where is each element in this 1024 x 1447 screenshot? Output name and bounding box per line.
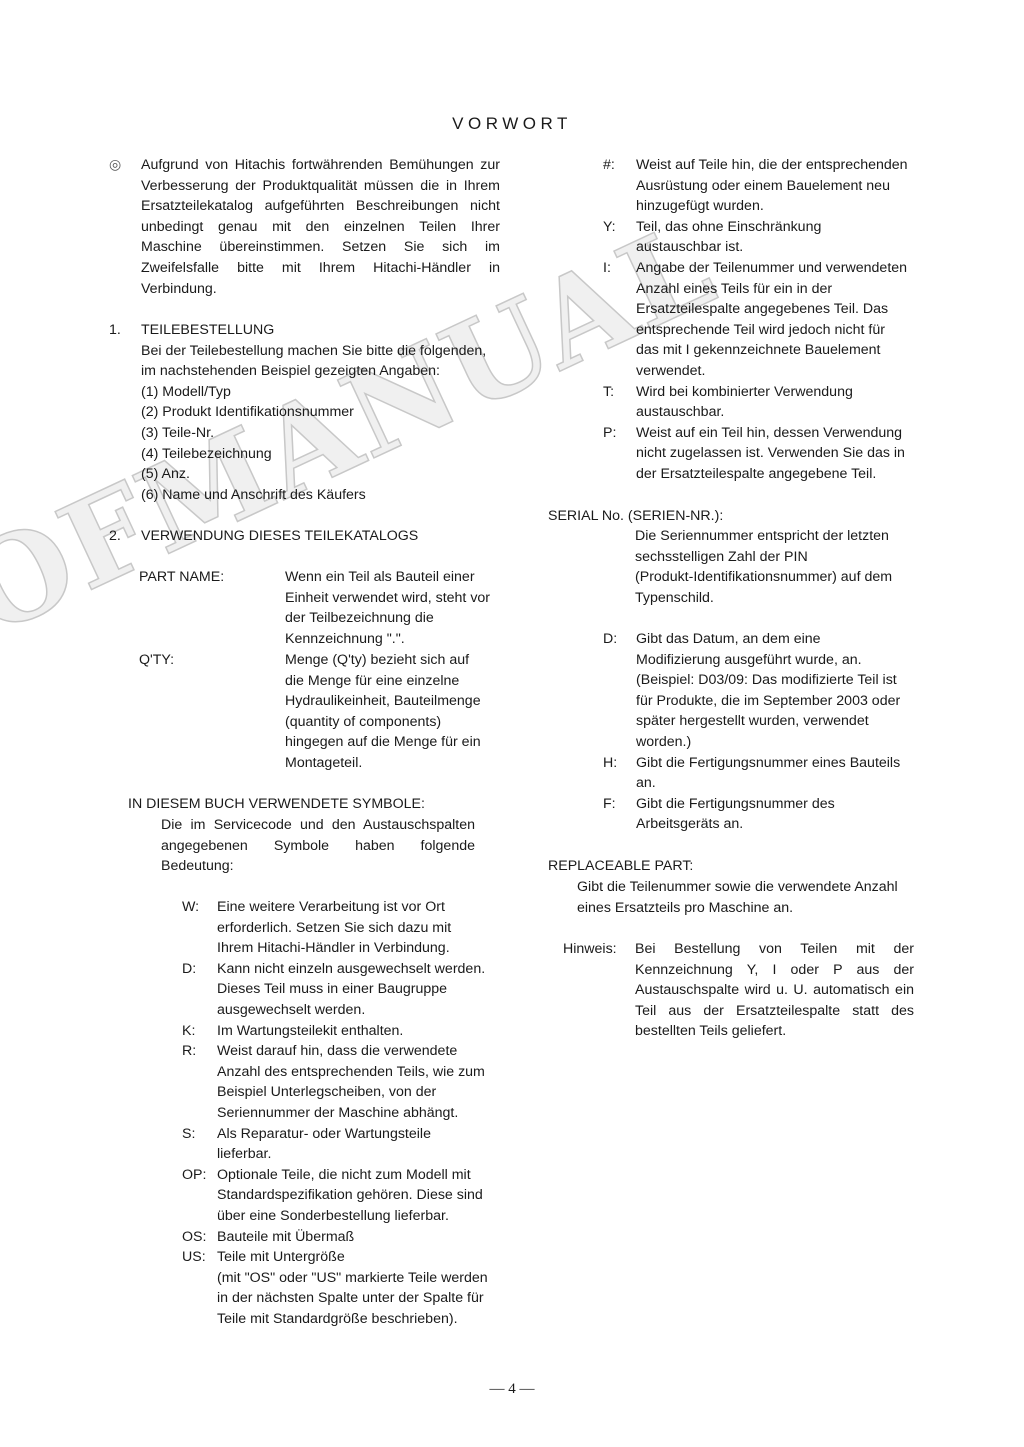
symbol-description: Als Reparatur- oder Wartungsteilelieferb… bbox=[217, 1124, 431, 1165]
text-line: sechsstelligen Zahl der PIN bbox=[635, 547, 925, 568]
text-line: Wenn ein Teil als Bauteil einer bbox=[285, 567, 515, 588]
text-line: Gibt die Teilenummer sowie die verwendet… bbox=[577, 877, 927, 898]
page-title: VORWORT bbox=[0, 113, 1024, 135]
symbol-key: I: bbox=[603, 258, 636, 382]
text-line: hingegen auf die Menge für ein bbox=[285, 732, 515, 753]
text-line: Typenschild. bbox=[635, 588, 925, 609]
symbol-description: Bauteile mit Übermaß bbox=[217, 1227, 354, 1248]
symbol-item: R:Weist darauf hin, dass die verwendeteA… bbox=[182, 1041, 512, 1123]
symbol-item: S:Als Reparatur- oder Wartungsteileliefe… bbox=[182, 1124, 512, 1165]
text-line: angegebenen Symbole haben folgende bbox=[161, 836, 475, 857]
symbol-description: Weist auf Teile hin, die der entsprechen… bbox=[636, 155, 908, 217]
text-line: Bei der Teilebestellung machen Sie bitte… bbox=[141, 341, 511, 362]
symbol-description: Teile mit Untergröße(mit "OS" oder "US" … bbox=[217, 1247, 488, 1329]
serial-heading: SERIAL No. (SERIEN-NR.): bbox=[548, 506, 723, 527]
part-name-description: Wenn ein Teil als Bauteil einerEinheit v… bbox=[285, 567, 515, 649]
order-item: (1) Modell/Typ bbox=[141, 382, 511, 403]
text-line: Verbindung. bbox=[141, 279, 500, 300]
symbol-key: D: bbox=[603, 629, 636, 753]
text-line: Die Seriennummer entspricht der letzten bbox=[635, 526, 925, 547]
symbol-description: Wird bei kombinierter Verwendungaustausc… bbox=[636, 382, 853, 423]
serial-description: Die Seriennummer entspricht der letztens… bbox=[635, 526, 925, 608]
symbol-key: T: bbox=[603, 382, 636, 423]
symbol-item: #:Weist auf Teile hin, die der entsprech… bbox=[603, 155, 933, 217]
symbol-key: Y: bbox=[603, 217, 636, 258]
symbol-key: H: bbox=[603, 753, 636, 794]
symbol-description: Im Wartungsteilekit enthalten. bbox=[217, 1021, 403, 1042]
symbol-item: OS:Bauteile mit Übermaß bbox=[182, 1227, 512, 1248]
order-item: (3) Teile-Nr. bbox=[141, 423, 511, 444]
section1-heading: TEILEBESTELLUNG bbox=[141, 320, 511, 341]
order-item: (4) Teilebezeichnung bbox=[141, 444, 511, 465]
serial-list: D:Gibt das Datum, an dem eineModifizieru… bbox=[603, 629, 933, 835]
order-item: (6) Name und Anschrift des Käufers bbox=[141, 485, 511, 506]
text-line: unbedingt genau mit den einzelnen Teilen… bbox=[141, 217, 500, 238]
note-text: Bei Bestellung von Teilen mit derKennzei… bbox=[635, 939, 914, 1042]
text-line: Ersatzteilekatalog aufgeführten Beschrei… bbox=[141, 196, 500, 217]
symbol-description: Weist darauf hin, dass die verwendeteAnz… bbox=[217, 1041, 485, 1123]
symbol-description: Kann nicht einzeln ausgewechselt werden.… bbox=[217, 959, 485, 1021]
intro-paragraph: Aufgrund von Hitachis fortwährenden Bemü… bbox=[141, 155, 500, 299]
text-line: Maschine übereinstimmen. Setzen Sie sich… bbox=[141, 237, 500, 258]
symbol-item: D:Kann nicht einzeln ausgewechselt werde… bbox=[182, 959, 512, 1021]
symbol-item: I:Angabe der Teilenummer und verwendeten… bbox=[603, 258, 933, 382]
text-line: Die im Servicecode und den Austauschspal… bbox=[161, 815, 475, 836]
symbol-key: D: bbox=[182, 959, 217, 1021]
symbol-description: Gibt die Fertigungsnummer desArbeitsgerä… bbox=[636, 794, 835, 835]
text-line: bestellten Teils geliefert. bbox=[635, 1021, 914, 1042]
symbol-item: W:Eine weitere Verarbeitung ist vor Orte… bbox=[182, 897, 512, 959]
symbol-item: K:Im Wartungsteilekit enthalten. bbox=[182, 1021, 512, 1042]
text-line: eines Ersatzteils pro Maschine an. bbox=[577, 898, 927, 919]
intro-bullet-icon: ◎ bbox=[109, 155, 121, 176]
replaceable-description: Gibt die Teilenummer sowie die verwendet… bbox=[577, 877, 927, 918]
text-line: die Menge für eine einzelne bbox=[285, 671, 515, 692]
symbol-key: OP: bbox=[182, 1165, 217, 1227]
text-line: Bedeutung: bbox=[161, 856, 475, 877]
section2-heading: VERWENDUNG DIESES TEILEKATALOGS bbox=[141, 526, 418, 547]
symbol-description: Teil, das ohne Einschränkungaustauschbar… bbox=[636, 217, 821, 258]
symbols-intro: Die im Servicecode und den Austauschspal… bbox=[161, 815, 475, 877]
symbol-item: Y:Teil, das ohne Einschränkungaustauschb… bbox=[603, 217, 933, 258]
symbol-key: K: bbox=[182, 1021, 217, 1042]
symbol-description: Optionale Teile, die nicht zum Modell mi… bbox=[217, 1165, 483, 1227]
text-line: Montageteil. bbox=[285, 753, 515, 774]
text-line: Verbesserung der Produktqualität müssen … bbox=[141, 176, 500, 197]
text-line: Aufgrund von Hitachis fortwährenden Bemü… bbox=[141, 155, 500, 176]
symbol-key: P: bbox=[603, 423, 636, 485]
section1: TEILEBESTELLUNG Bei der Teilebestellung … bbox=[141, 320, 511, 505]
text-line: Menge (Q'ty) bezieht sich auf bbox=[285, 650, 515, 671]
text-line: im nachstehenden Beispiel gezeigten Anga… bbox=[141, 361, 511, 382]
text-line: Austauschspalte wird u. U. automatisch e… bbox=[635, 980, 914, 1001]
text-line: Einheit verwendet wird, steht vor bbox=[285, 588, 515, 609]
text-line: der Teilbezeichnung die bbox=[285, 608, 515, 629]
text-line: (quantity of components) bbox=[285, 712, 515, 733]
text-line: Zweifelsfalle bitte mit Ihrem Hitachi-Hä… bbox=[141, 258, 500, 279]
symbol-item: H:Gibt die Fertigungsnummer eines Bautei… bbox=[603, 753, 933, 794]
symbols-left-list: W:Eine weitere Verarbeitung ist vor Orte… bbox=[182, 897, 512, 1329]
text-line: Bei Bestellung von Teilen mit der bbox=[635, 939, 914, 960]
symbol-key: OS: bbox=[182, 1227, 217, 1248]
text-line: Hydraulikeinheit, Bauteilmenge bbox=[285, 691, 515, 712]
qty-label: Q'TY: bbox=[139, 650, 174, 671]
symbol-item: P:Weist auf ein Teil hin, dessen Verwend… bbox=[603, 423, 933, 485]
symbol-description: Gibt die Fertigungsnummer eines Bauteils… bbox=[636, 753, 900, 794]
symbol-key: US: bbox=[182, 1247, 217, 1329]
symbol-key: S: bbox=[182, 1124, 217, 1165]
text-line: Kennzeichnung ".". bbox=[285, 629, 515, 650]
text-line: (Produkt-Identifikationsnummer) auf dem bbox=[635, 567, 925, 588]
symbol-description: Weist auf ein Teil hin, dessen Verwendun… bbox=[636, 423, 905, 485]
section1-number: 1. bbox=[109, 320, 121, 341]
symbol-key: R: bbox=[182, 1041, 217, 1123]
text-line: Teil aus der Ersatzteilespalte statt des bbox=[635, 1001, 914, 1022]
symbol-description: Gibt das Datum, an dem eineModifizierung… bbox=[636, 629, 900, 753]
symbol-item: T:Wird bei kombinierter Verwendungaustau… bbox=[603, 382, 933, 423]
symbol-key: F: bbox=[603, 794, 636, 835]
order-item: (5) Anz. bbox=[141, 464, 511, 485]
symbol-description: Angabe der Teilenummer und verwendetenAn… bbox=[636, 258, 907, 382]
symbol-item: F:Gibt die Fertigungsnummer desArbeitsge… bbox=[603, 794, 933, 835]
section2-number: 2. bbox=[109, 526, 121, 547]
symbol-item: OP:Optionale Teile, die nicht zum Modell… bbox=[182, 1165, 512, 1227]
symbol-item: US:Teile mit Untergröße(mit "OS" oder "U… bbox=[182, 1247, 512, 1329]
page-number: — 4 — bbox=[0, 1379, 1024, 1400]
symbol-description: Eine weitere Verarbeitung ist vor Orterf… bbox=[217, 897, 451, 959]
symbol-item: D:Gibt das Datum, an dem eineModifizieru… bbox=[603, 629, 933, 753]
order-item: (2) Produkt Identifikationsnummer bbox=[141, 402, 511, 423]
symbol-key: W: bbox=[182, 897, 217, 959]
qty-description: Menge (Q'ty) bezieht sich aufdie Menge f… bbox=[285, 650, 515, 774]
note-label: Hinweis: bbox=[563, 939, 617, 960]
symbols-right-list: #:Weist auf Teile hin, die der entsprech… bbox=[603, 155, 933, 485]
symbols-heading: IN DIESEM BUCH VERWENDETE SYMBOLE: bbox=[128, 794, 425, 815]
part-name-label: PART NAME: bbox=[139, 567, 224, 588]
text-line: Kennzeichnung Y, I oder P aus der bbox=[635, 960, 914, 981]
replaceable-heading: REPLACEABLE PART: bbox=[548, 856, 693, 877]
symbol-key: #: bbox=[603, 155, 636, 217]
